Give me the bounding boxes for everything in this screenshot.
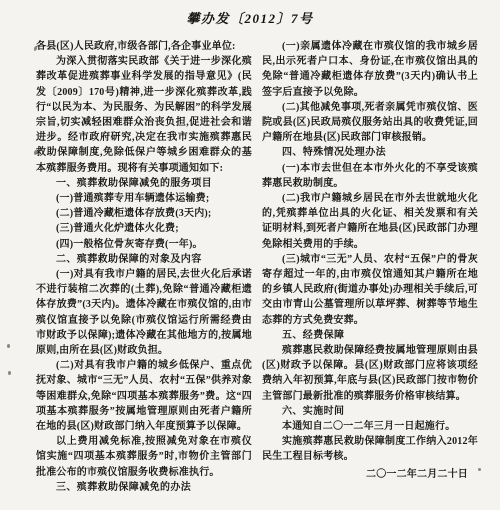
section-heading: 三、殡葬救助保障减免的办法 [36,480,252,495]
signature-date: 二〇一二年二月二十日 [262,467,478,482]
paragraph: (三)城市“三无”人员、农村“五保”户的骨灰寄存超过一年的,由市殡仪馆通知其户籍… [262,252,478,328]
paragraph: (二)对具有我市户籍的城乡低保户、重点优抚对象、城市“三无”人员、农村“五保”供… [36,358,252,434]
paragraph: (二)其他减免事项,死者亲属凭市殡仪馆、医院或县(区)民政局殡仪服务站出具的收费… [262,100,478,146]
paragraph: (一)普通殡葬专用车辆遗体运输费; [36,191,252,206]
paragraph: 本通知自二〇一二年三月一日起施行。 [262,419,478,434]
right-column: (一)亲属遗体冷藏在市殡仪馆的我市城乡居民,出示死者户口本、身份证,在市殡仪馆出… [262,39,478,495]
scan-artifact [478,468,481,471]
paragraph: 以上费用减免标准,按照减免对象在市殡仪馆实施“四项基本殡葬服务”时,市物价主管部… [36,434,252,480]
section-heading: 四、特殊情况处理办法 [262,145,478,160]
paragraph: (二)普通冷藏柜遗体存放费(3天内); [36,206,252,221]
section-heading: 二、殡葬救助保障的对象及内容 [36,252,252,267]
paragraph: (一)对具有我市户籍的居民,去世火化后承诺不进行装棺二次葬的(土葬),免除“普通… [36,267,252,358]
section-heading: 五、经费保障 [262,328,478,343]
paragraph: (一)亲属遗体冷藏在市殡仪馆的我市城乡居民,出示死者户口本、身份证,在市殡仪馆出… [262,39,478,100]
paragraph: 实施殡葬惠民救助保障制度工作纳入2012年民生工程目标考核。 [262,434,478,464]
document-body: 各县(区)人民政府,市级各部门,各企事业单位:为深入贯彻落实民政部《关于进一步深… [36,39,478,495]
scan-artifact [8,371,11,375]
document-number: 攀办发〔2012〕7号 [0,8,500,27]
left-column: 各县(区)人民政府,市级各部门,各企事业单位:为深入贯彻落实民政部《关于进一步深… [36,39,252,495]
section-heading: 六、实施时间 [262,404,478,419]
section-heading: 一、殡葬救助保障减免的服务项目 [36,176,252,191]
paragraph: 殡葬惠民救助保障经费按属地管理原则由县(区)财政予以保障。县(区)财政部门应将该… [262,343,478,404]
paragraph: (四)一般格位骨灰寄存费(一年)。 [36,237,252,252]
scanned-document-page: 攀办发〔2012〕7号 各县(区)人民政府,市级各部门,各企事业单位:为深入贯彻… [0,0,500,510]
paragraph: (三)普通火化炉遗体火化费; [36,221,252,236]
salutation-line: 各县(区)人民政府,市级各部门,各企事业单位: [36,39,252,54]
paragraph: 为深入贯彻落实民政部《关于进一步深化殡葬改革促进殡葬事业科学发展的指导意见》(民… [36,54,252,176]
paragraph: (一)本市去世但在本市外火化的不享受该殡葬惠民救助制度。 [262,161,478,191]
scan-artifact [7,344,10,348]
paragraph: (二)我市户籍城乡居民在市外去世就地火化的,凭殡葬单位出具的火化证、相关发票和有… [262,191,478,252]
